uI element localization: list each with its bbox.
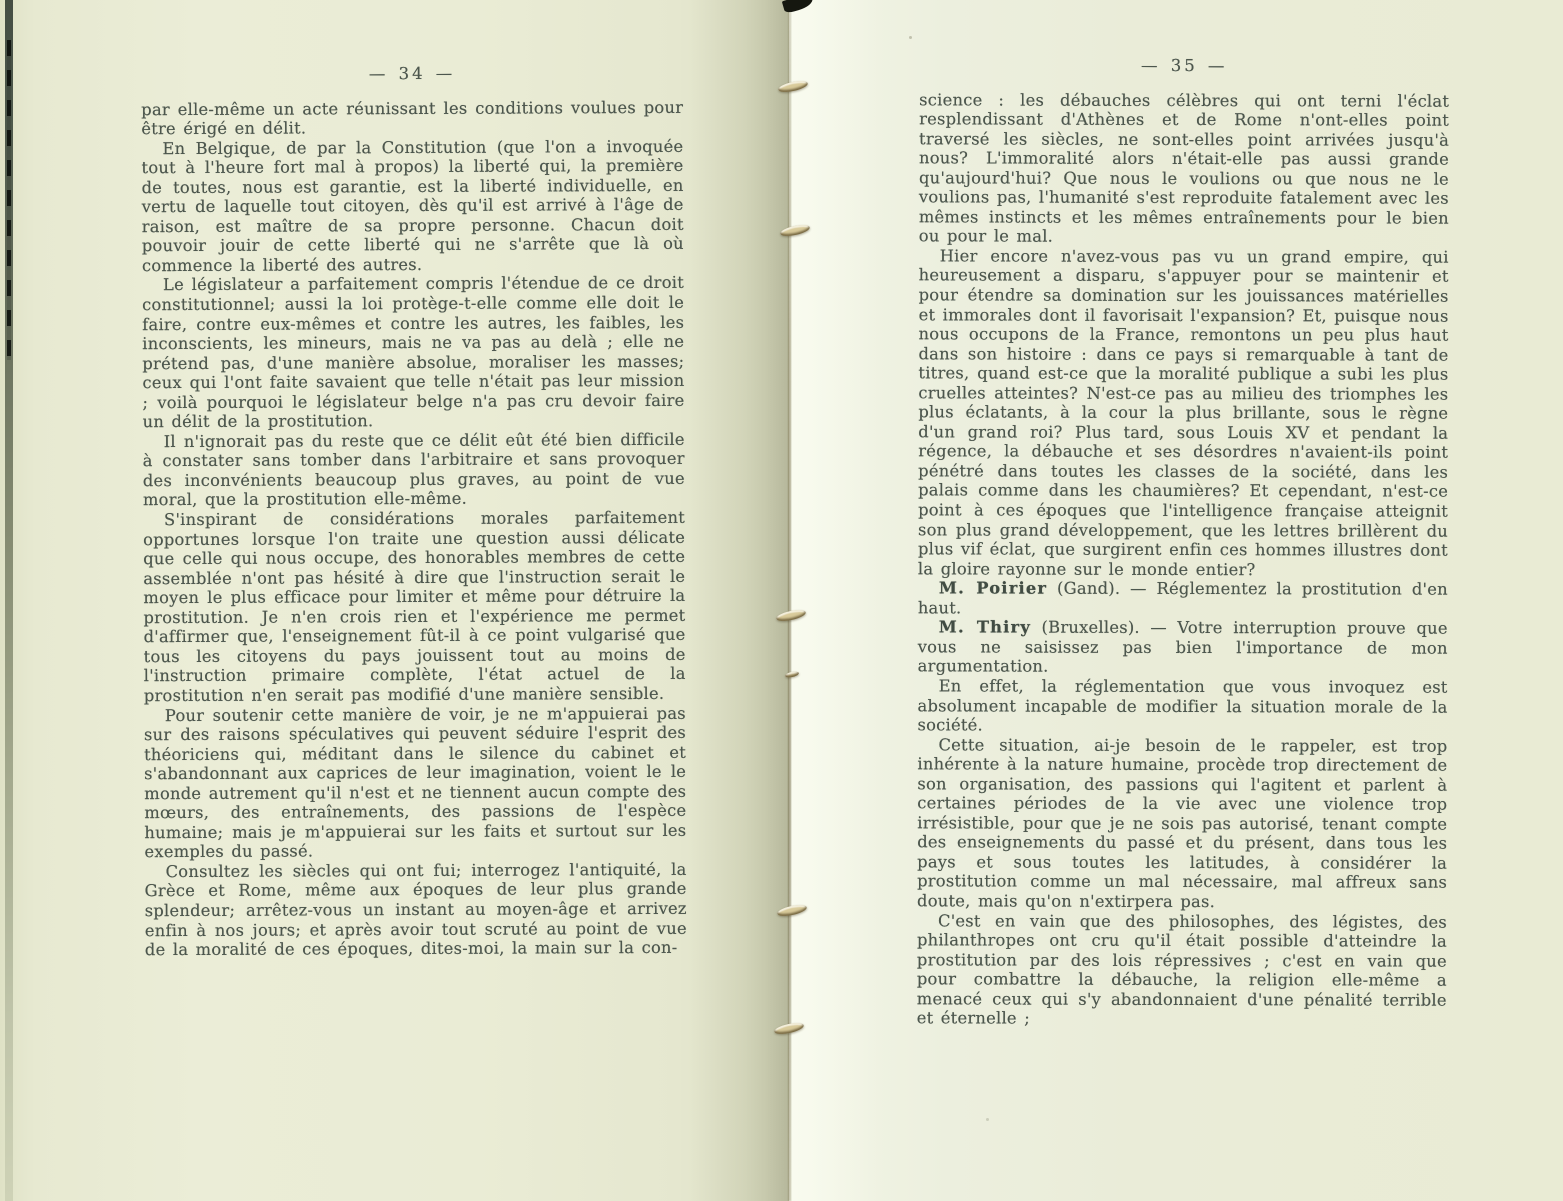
paper-speck <box>986 1118 989 1121</box>
paragraph-text: C'est en vain que des philosophes, des l… <box>917 911 1447 1028</box>
page-34-body: par elle-même un acte réunissant les con… <box>141 97 687 959</box>
scan-edge-marks <box>7 40 11 360</box>
paragraph: Il n'ignorait pas du reste que ce délit … <box>143 430 685 511</box>
page-35-body: science : les débauches célèbres qui ont… <box>917 90 1449 1030</box>
paper-speck <box>909 36 912 39</box>
paragraph: S'inspirant de considérations morales pa… <box>143 508 686 706</box>
speaker-name: M. Thiry <box>939 618 1031 637</box>
paragraph-text: S'inspirant de considérations morales pa… <box>143 508 686 705</box>
paragraph: Cette situation, ai-je besoin de le rapp… <box>917 735 1447 912</box>
book-scan: { "document_type": "scanned book spread"… <box>0 0 1563 1201</box>
paragraph: En Belgique, de par la Constitution (que… <box>141 136 684 275</box>
paragraph-text: Cette situation, ai-je besoin de le rapp… <box>917 735 1447 911</box>
paragraph-text: Hier encore n'avez-vous pas vu un grand … <box>918 246 1449 579</box>
binding-fold-line <box>788 0 791 1201</box>
paragraph: C'est en vain que des philosophes, des l… <box>917 911 1447 1030</box>
paragraph: Pour soutenir cette manière de voir, je … <box>144 703 687 862</box>
paragraph: science : les débauches célèbres qui ont… <box>919 90 1449 248</box>
page-34: — 34 — par elle-même un acte réunissant … <box>141 63 687 960</box>
gutter-shadow <box>690 0 789 1201</box>
paragraph-text: Le législateur a parfaitement compris l'… <box>142 273 685 431</box>
paragraph-text: Pour soutenir cette manière de voir, je … <box>144 703 687 861</box>
paragraph-text: En Belgique, de par la Constitution (que… <box>141 136 683 275</box>
speaker-name: M. Poirier <box>939 579 1047 598</box>
gutter-highlight <box>792 0 882 1201</box>
paragraph: Le législateur a parfaitement compris l'… <box>142 273 685 432</box>
paragraph: M. Thiry (Bruxelles). — Votre interrupti… <box>918 618 1448 678</box>
paragraph-text: En effet, la réglementation que vous inv… <box>917 676 1447 734</box>
page-35: — 35 — science : les débauches célèbres … <box>917 55 1450 1029</box>
page-number-header: — 34 — <box>141 63 683 85</box>
page-number-header: — 35 — <box>919 55 1449 76</box>
paragraph-text: Consultez les siècles qui ont fui; inter… <box>145 860 687 960</box>
paragraph: En effet, la réglementation que vous inv… <box>917 676 1447 736</box>
paragraph: Hier encore n'avez-vous pas vu un grand … <box>918 246 1449 580</box>
paragraph-text: science : les débauches célèbres qui ont… <box>919 90 1449 246</box>
paragraph: par elle-même un acte réunissant les con… <box>141 97 683 138</box>
paragraph-text: Il n'ignorait pas du reste que ce délit … <box>143 430 685 510</box>
paragraph: Consultez les siècles qui ont fui; inter… <box>145 860 687 960</box>
paragraph: M. Poirier (Gand). — Réglementez la pros… <box>918 579 1448 619</box>
paragraph-text: par elle-même un acte réunissant les con… <box>141 97 683 138</box>
